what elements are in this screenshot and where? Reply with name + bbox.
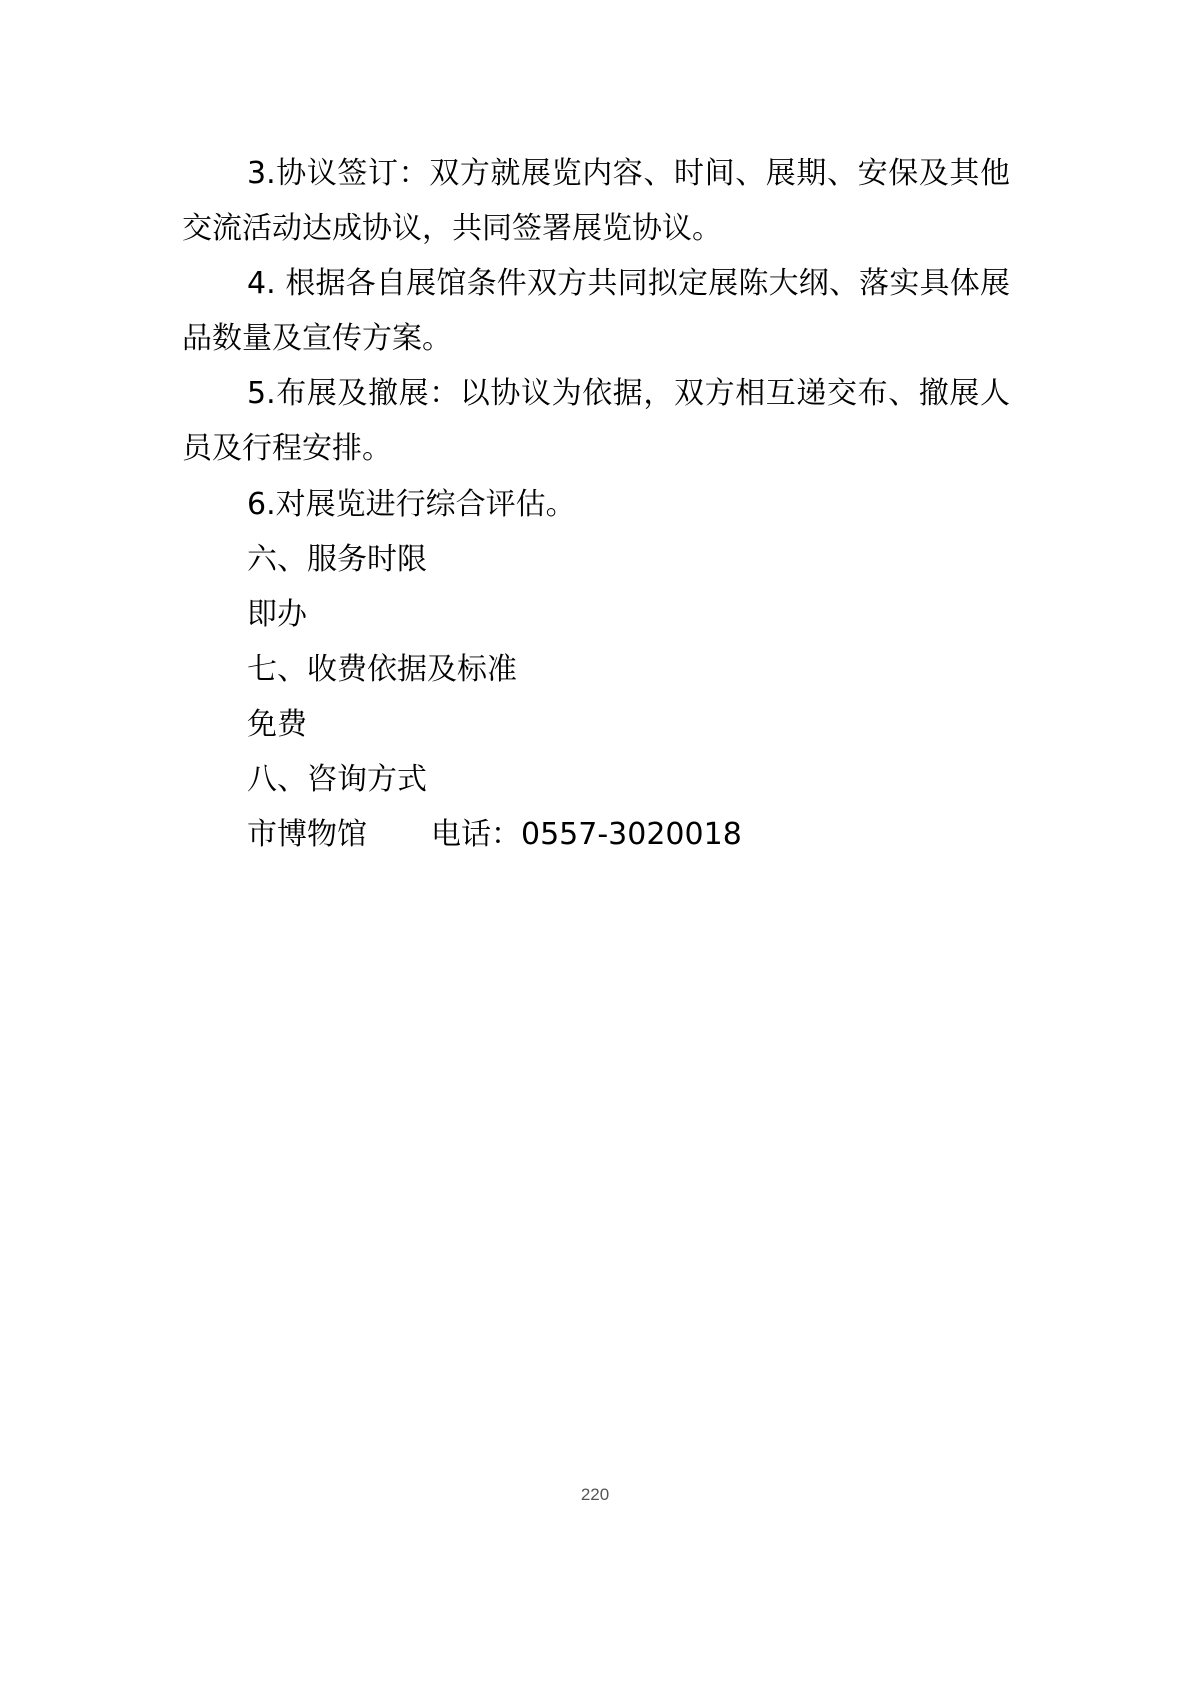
section-content-fees: 免费: [182, 697, 1010, 752]
phone-number: 0557-3020018: [521, 817, 742, 852]
phone-label: 电话：: [431, 817, 521, 852]
section-heading-consultation: 八、咨询方式: [182, 752, 1010, 807]
paragraph-evaluation: 6.对展览进行综合评估。: [182, 477, 1010, 532]
page-number: 220: [0, 1485, 1190, 1505]
paragraph-setup-teardown: 5.布展及撤展：以协议为依据，双方相互递交布、撤展人员及行程安排。: [182, 366, 1010, 476]
contact-line: 市博物馆电话：0557-3020018: [182, 807, 1010, 862]
document-body: 3.协议签订：双方就展览内容、时间、展期、安保及其他交流活动达成协议，共同签署展…: [182, 146, 1010, 862]
paragraph-exhibition-outline: 4. 根据各自展馆条件双方共同拟定展陈大纲、落实具体展品数量及宣传方案。: [182, 256, 1010, 366]
section-content-service-time: 即办: [182, 587, 1010, 642]
section-heading-fees: 七、收费依据及标准: [182, 642, 1010, 697]
section-heading-service-time: 六、服务时限: [182, 532, 1010, 587]
contact-organization: 市博物馆: [247, 817, 367, 852]
contact-phone: 电话：0557-3020018: [431, 817, 742, 852]
paragraph-agreement-signing: 3.协议签订：双方就展览内容、时间、展期、安保及其他交流活动达成协议，共同签署展…: [182, 146, 1010, 256]
